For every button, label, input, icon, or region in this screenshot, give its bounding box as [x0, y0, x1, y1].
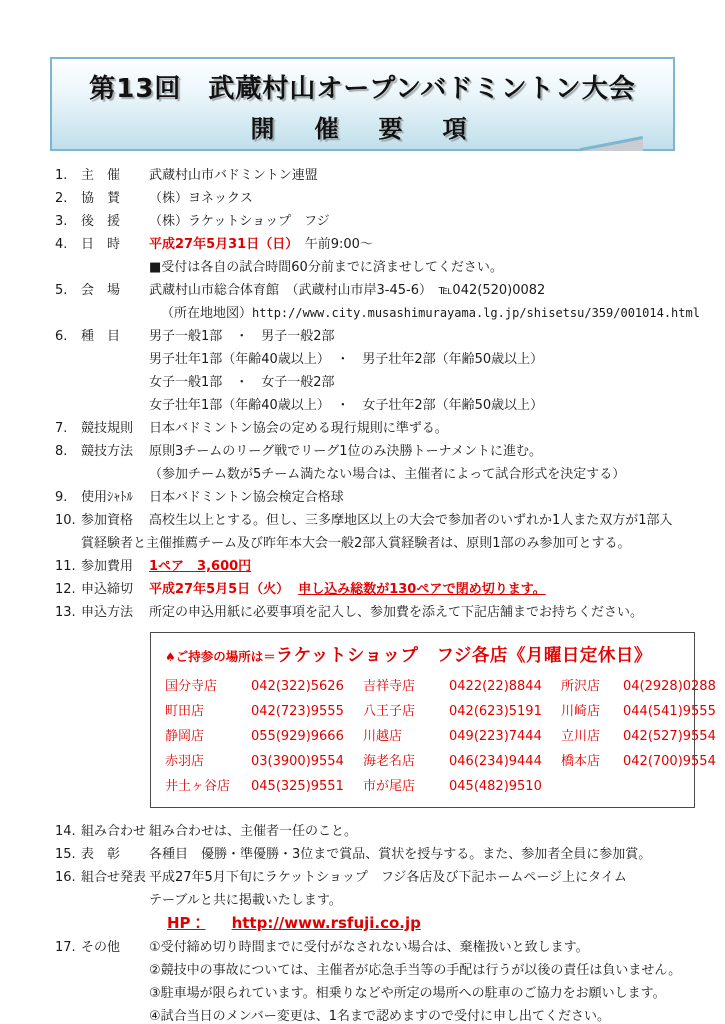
item-label: 協 賛 — [81, 187, 149, 210]
item-row-venue: 5. 会 場 武蔵村山市総合体育館 （武蔵村山市岸3-45-6） ℡042(52… — [55, 279, 690, 302]
shop-name — [561, 774, 623, 799]
item-label: 後 援 — [81, 210, 149, 233]
event-time: 午前9:00～ — [292, 237, 373, 252]
item-row-events-3: 女子一般1部 ・ 女子一般2部 — [55, 371, 690, 394]
item-label: 主 催 — [81, 164, 149, 187]
item-number: 14. — [55, 820, 81, 843]
item-row-eligibility: 10. 参加資格 高校生以上とする。但し、三多摩地区以上の大会で参加者のいずれか… — [55, 509, 690, 532]
hp-url-link[interactable]: http://www.rsfuji.co.jp — [232, 914, 421, 932]
event-category-line: 女子一般1部 ・ 女子一般2部 — [149, 371, 690, 394]
item-row-venue-map: （所在地地図）http://www.city.musashimurayama.l… — [55, 302, 690, 325]
spade-icon: ♠ — [165, 650, 176, 664]
item-number: 6. — [55, 325, 81, 348]
item-text: 所定の申込用紙に必要事項を記入し、参加費を添えて下記店舗までお持ちください。 — [149, 601, 690, 624]
venue-text: 武蔵村山市総合体育館 （武蔵村山市岸3-45-6） ℡042(520)0082 — [149, 279, 690, 302]
item-row-events: 6. 種 目 男子一般1部 ・ 男子一般2部 — [55, 325, 690, 348]
item-row-other-2: ②競技中の事故については、主催者が応急手当等の手配は行うが以後の責任は負いません… — [55, 959, 690, 982]
item-number: 15. — [55, 843, 81, 866]
item-row-deadline: 12. 申込締切 平成27年5月5日（火）申し込み総数が130ペアで閉め切ります… — [55, 578, 690, 601]
title-subtitle: 開 催 要 項 — [52, 109, 673, 144]
item-label: 会 場 — [81, 279, 149, 302]
shop-phone: 042(723)9555 — [251, 699, 363, 724]
item-text: 日本バドミントン協会の定める現行規則に準ずる。 — [149, 417, 690, 440]
item-text: 組み合わせは、主催者一任のこと。 — [149, 820, 690, 843]
shop-name: 町田店 — [165, 699, 251, 724]
shop-phone: 042(700)9554 — [623, 749, 716, 774]
shop-name: 井土ヶ谷店 — [165, 774, 251, 799]
event-category-line: 男子一般1部 ・ 男子一般2部 — [149, 325, 690, 348]
shop-name: 赤羽店 — [165, 749, 251, 774]
item-label: 組合せ発表 — [81, 866, 149, 889]
item-row-events-4: 女子壮年1部（年齢40歳以上） ・ 女子壮年2部（年齢50歳以上） — [55, 394, 690, 417]
item-row-eligibility-cont: 賞経験者と主催推薦チーム及び昨年本大会一般2部入賞経験者は、原則1部のみ参加可と… — [55, 532, 690, 555]
item-label: 参加費用 — [81, 555, 149, 578]
shop-name: 橋本店 — [561, 749, 623, 774]
title-banner: 第13回 武蔵村山オープンバドミントン大会 開 催 要 項 — [50, 57, 675, 151]
shop-phone: 046(234)9444 — [449, 749, 561, 774]
item-text: （株）ラケットショップ フジ — [149, 210, 690, 233]
announcement-continuation: テーブルと共に掲載いたします。 — [149, 889, 690, 912]
item-row-application: 13. 申込方法 所定の申込用紙に必要事項を記入し、参加費を添えて下記店舗までお… — [55, 601, 690, 624]
tournament-title: 第13回 武蔵村山オープンバドミントン大会 — [52, 59, 673, 105]
shop-name: 立川店 — [561, 724, 623, 749]
shop-phone: 055(929)9666 — [251, 724, 363, 749]
shop-phone: 04(2928)0288 — [623, 674, 716, 699]
item-number: 1. — [55, 164, 81, 187]
item-label: 申込締切 — [81, 578, 149, 601]
map-label: （所在地地図） — [161, 306, 252, 321]
item-number: 4. — [55, 233, 81, 256]
shop-name: 海老名店 — [363, 749, 449, 774]
item-number: 5. — [55, 279, 81, 302]
outline-list: 1. 主 催 武蔵村山市バドミントン連盟 2. 協 賛 （株）ヨネックス 3. … — [55, 164, 690, 1024]
shop-phone: 049(223)7444 — [449, 724, 561, 749]
item-text: 平成27年5月31日（日） 午前9:00～ — [149, 233, 690, 256]
shop-box-header: ♠ご持参の場所は＝ラケットショップ フジ各店《月曜日定休日》 — [165, 643, 682, 671]
shop-info-box: ♠ご持参の場所は＝ラケットショップ フジ各店《月曜日定休日》 国分寺店 042(… — [150, 632, 695, 808]
item-number: 17. — [55, 936, 81, 959]
shop-name: 吉祥寺店 — [363, 674, 449, 699]
deadline-date: 平成27年5月5日（火） — [149, 582, 289, 597]
item-text: 平成27年5月下旬にラケットショップ フジ各店及び下記ホームページ上にタイム — [149, 866, 690, 889]
item-number: 2. — [55, 187, 81, 210]
item-number: 7. — [55, 417, 81, 440]
item-text: （株）ヨネックス — [149, 187, 690, 210]
shop-name: 国分寺店 — [165, 674, 251, 699]
item-label: その他 — [81, 936, 149, 959]
shop-phone: 045(325)9551 — [251, 774, 363, 799]
item-number: 10. — [55, 509, 81, 532]
shop-phone: 042(322)5626 — [251, 674, 363, 699]
shop-phone: 044(541)9555 — [623, 699, 716, 724]
event-category-line: 女子壮年1部（年齢40歳以上） ・ 女子壮年2部（年齢50歳以上） — [149, 394, 690, 417]
item-row-announcement-cont: テーブルと共に掲載いたします。 — [55, 889, 690, 912]
reception-note: ■受付は各自の試合時間60分前までに済ませしてください。 — [149, 256, 690, 279]
item-row-shuttle: 9. 使用ｼｬﾄﾙ 日本バドミントン協会検定合格球 — [55, 486, 690, 509]
event-category-line: 男子壮年1部（年齢40歳以上） ・ 男子壮年2部（年齢50歳以上） — [149, 348, 690, 371]
item-label: 表 彰 — [81, 843, 149, 866]
shop-phone — [623, 774, 716, 799]
item-row-rules: 7. 競技規則 日本バドミントン協会の定める現行規則に準ずる。 — [55, 417, 690, 440]
item-number: 16. — [55, 866, 81, 889]
homepage-line: HP：http://www.rsfuji.co.jp — [167, 914, 421, 932]
shop-name: 市が尾店 — [363, 774, 449, 799]
other-note-2: ②競技中の事故については、主催者が応急手当等の手配は行うが以後の責任は負いません… — [149, 959, 690, 982]
entry-fee: 1ペア 3,600円 — [149, 559, 251, 574]
item-label: 種 目 — [81, 325, 149, 348]
item-label: 競技規則 — [81, 417, 149, 440]
item-row-sponsor: 2. 協 賛 （株）ヨネックス — [55, 187, 690, 210]
shop-name: 静岡店 — [165, 724, 251, 749]
item-text: 高校生以上とする。但し、三多摩地区以上の大会で参加者のいずれか1人また双方が1部… — [149, 509, 690, 532]
item-row-datetime: 4. 日 時 平成27年5月31日（日） 午前9:00～ — [55, 233, 690, 256]
item-number: 9. — [55, 486, 81, 509]
item-number: 12. — [55, 578, 81, 601]
shop-box-title: ラケットショップ フジ各店《月曜日定休日》 — [276, 646, 652, 666]
shop-name: 川越店 — [363, 724, 449, 749]
hp-label: HP： — [167, 914, 206, 932]
item-label: 使用ｼｬﾄﾙ — [81, 486, 149, 509]
item-label: 組み合わせ — [81, 820, 149, 843]
eligibility-continuation: 賞経験者と主催推薦チーム及び昨年本大会一般2部入賞経験者は、原則1部のみ参加可と… — [81, 532, 690, 555]
shop-phone: 0422(22)8844 — [449, 674, 561, 699]
event-date: 平成27年5月31日（日） — [149, 237, 292, 252]
item-row-other-3: ③駐車場が限られています。相乗りなどや所定の場所への駐車のご協力をお願いします。 — [55, 982, 690, 1005]
shop-phone: 042(527)9554 — [623, 724, 716, 749]
item-row-hp: HP：http://www.rsfuji.co.jp — [55, 912, 690, 936]
item-label: 競技方法 — [81, 440, 149, 463]
shop-box-prefix: ご持参の場所は＝ — [176, 649, 276, 664]
venue-map-url-link[interactable]: http://www.city.musashimurayama.lg.jp/sh… — [252, 306, 700, 320]
item-row-format: 8. 競技方法 原則3チームのリーグ戦でリーグ1位のみ決勝トーナメントに進む。 — [55, 440, 690, 463]
item-row-fee: 11. 参加費用 1ペア 3,600円 — [55, 555, 690, 578]
item-number: 3. — [55, 210, 81, 233]
shop-phone: 042(623)5191 — [449, 699, 561, 724]
other-note-1: ①受付締め切り時間までに受付がなされない場合は、棄権扱いと致します。 — [149, 936, 690, 959]
shop-name: 八王子店 — [363, 699, 449, 724]
item-text: 武蔵村山市バドミントン連盟 — [149, 164, 690, 187]
deadline-note: 申し込み総数が130ペアで閉め切ります。 — [298, 582, 546, 597]
shop-phone: 03(3900)9554 — [251, 749, 363, 774]
shop-phone-table: 国分寺店 042(322)5626 吉祥寺店 0422(22)8844 所沢店 … — [165, 674, 682, 799]
format-note: （参加チーム数が5チーム満たない場合は、主催者によって試合形式を決定する） — [149, 463, 690, 486]
item-number: 8. — [55, 440, 81, 463]
item-row-events-2: 男子壮年1部（年齢40歳以上） ・ 男子壮年2部（年齢50歳以上） — [55, 348, 690, 371]
shop-name: 所沢店 — [561, 674, 623, 699]
other-note-3: ③駐車場が限られています。相乗りなどや所定の場所への駐車のご協力をお願いします。 — [149, 982, 690, 1005]
item-label: 申込方法 — [81, 601, 149, 624]
item-number: 11. — [55, 555, 81, 578]
item-text: 原則3チームのリーグ戦でリーグ1位のみ決勝トーナメントに進む。 — [149, 440, 690, 463]
shop-phone: 045(482)9510 — [449, 774, 561, 799]
item-row-support: 3. 後 援 （株）ラケットショップ フジ — [55, 210, 690, 233]
item-number: 13. — [55, 601, 81, 624]
item-row-organizer: 1. 主 催 武蔵村山市バドミントン連盟 — [55, 164, 690, 187]
item-row-format-note: （参加チーム数が5チーム満たない場合は、主催者によって試合形式を決定する） — [55, 463, 690, 486]
item-row-other: 17. その他 ①受付締め切り時間までに受付がなされない場合は、棄権扱いと致しま… — [55, 936, 690, 959]
item-text: 日本バドミントン協会検定合格球 — [149, 486, 690, 509]
item-row-reception-note: ■受付は各自の試合時間60分前までに済ませしてください。 — [55, 256, 690, 279]
item-row-draw: 14. 組み合わせ 組み合わせは、主催者一任のこと。 — [55, 820, 690, 843]
item-row-announcement: 16. 組合せ発表 平成27年5月下旬にラケットショップ フジ各店及び下記ホーム… — [55, 866, 690, 889]
item-label: 参加資格 — [81, 509, 149, 532]
item-text: 各種目 優勝・準優勝・3位まで賞品、賞状を授与する。また、参加者全員に参加賞。 — [149, 843, 690, 866]
other-note-4: ④試合当日のメンバー変更は、1名まで認めますので受付に申し出てください。 — [149, 1005, 690, 1024]
item-label: 日 時 — [81, 233, 149, 256]
item-row-awards: 15. 表 彰 各種目 優勝・準優勝・3位まで賞品、賞状を授与する。また、参加者… — [55, 843, 690, 866]
shop-name: 川崎店 — [561, 699, 623, 724]
item-row-other-4: ④試合当日のメンバー変更は、1名まで認めますので受付に申し出てください。 — [55, 1005, 690, 1024]
